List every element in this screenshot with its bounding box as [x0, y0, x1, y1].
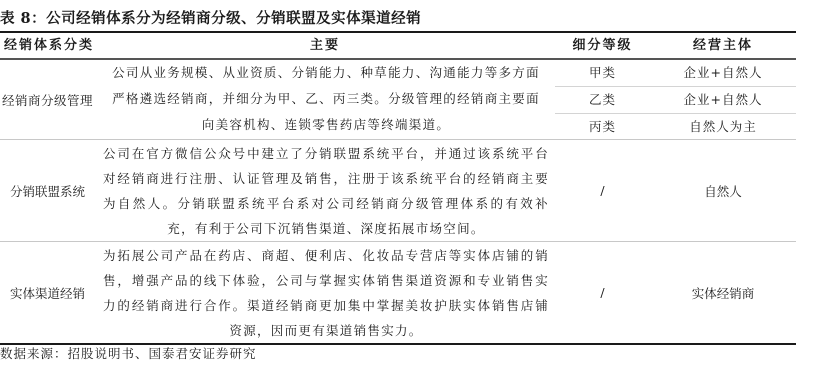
entity-cell: 自然人 [650, 140, 796, 241]
description-line: 资源，因而更有渠道销售实力。 [103, 318, 549, 343]
level-cell: / [555, 242, 650, 343]
subrows: 甲类 企业+自然人 乙类 企业+自然人 丙类 自然人为主 [555, 60, 796, 139]
entity-cell: 自然人为主 [650, 114, 796, 140]
level-cell: / [555, 140, 650, 241]
row-description: 为拓展公司产品在药店、商超、便利店、化妆品专营店等实体店铺的销 售，增强产品的线… [95, 242, 555, 343]
row-category: 分销联盟系统 [0, 140, 95, 241]
level-cell: 丙类 [555, 114, 650, 140]
description-line: 公司从业务规模、从业资质、分销能力、种草能力、沟通能力等多方面 [103, 60, 549, 86]
entity-cell: 企业+自然人 [650, 87, 796, 113]
description-line: 充，有利于公司下沉销售渠道、深度拓展市场空间。 [103, 216, 549, 241]
row-description: 公司从业务规模、从业资质、分销能力、种草能力、沟通能力等多方面 严格遴选经销商，… [95, 60, 555, 139]
subrow-c: 丙类 自然人为主 [555, 114, 796, 140]
level-cell: 甲类 [555, 60, 650, 86]
row-category: 经销商分级管理 [0, 60, 95, 139]
description-line: 售，增强产品的线下体验，公司与掌握实体销售渠道资源和专业销售实 [103, 268, 549, 293]
row-category: 实体渠道经销 [0, 242, 95, 343]
description-line: 对经销商进行注册、认证管理及销售，注册于该系统平台的经销商主要 [103, 166, 549, 191]
table-row-physical-channel: 实体渠道经销 为拓展公司产品在药店、商超、便利店、化妆品专营店等实体店铺的销 售… [0, 242, 796, 345]
header-level: 细分等级 [555, 33, 650, 58]
level-cell: 乙类 [555, 87, 650, 113]
table-row-distribution-alliance: 分销联盟系统 公司在官方微信公众号中建立了分销联盟系统平台，并通过该系统平台 对… [0, 140, 796, 242]
header-entity: 经营主体 [650, 33, 796, 58]
header-main: 主要 [95, 33, 555, 58]
subrow-b: 乙类 企业+自然人 [555, 87, 796, 114]
description-line: 力的经销商进行合作。渠道经销商更加集中掌握美妆护肤实体销售店铺 [103, 293, 549, 318]
table-title: 表 8：公司经销体系分为经销商分级、分销联盟及实体渠道经销 [0, 8, 421, 30]
description-line: 严格遴选经销商，并细分为甲、乙、丙三类。分级管理的经销商主要面 [103, 86, 549, 112]
row-description: 公司在官方微信公众号中建立了分销联盟系统平台，并通过该系统平台 对经销商进行注册… [95, 140, 555, 241]
data-source-note: 数据来源：招股说明书、国泰君安证券研究 [0, 343, 257, 365]
description-line: 为拓展公司产品在药店、商超、便利店、化妆品专营店等实体店铺的销 [103, 243, 549, 268]
subrow-a: 甲类 企业+自然人 [555, 60, 796, 87]
distribution-system-table: 经销体系分类 主要 细分等级 经营主体 经销商分级管理 公司从业务规模、从业资质… [0, 31, 796, 345]
table-row-tiered-dealers: 经销商分级管理 公司从业务规模、从业资质、分销能力、种草能力、沟通能力等多方面 … [0, 60, 796, 140]
description-line: 为自然人。分销联盟系统平台系对公司经销商分级管理体系的有效补 [103, 191, 549, 216]
description-line: 向美容机构、连锁零售药店等终端渠道。 [103, 112, 549, 138]
table-header-row: 经销体系分类 主要 细分等级 经营主体 [0, 33, 796, 60]
description-line: 公司在官方微信公众号中建立了分销联盟系统平台，并通过该系统平台 [103, 141, 549, 166]
entity-cell: 实体经销商 [650, 242, 796, 343]
header-category: 经销体系分类 [0, 33, 95, 58]
entity-cell: 企业+自然人 [650, 60, 796, 86]
